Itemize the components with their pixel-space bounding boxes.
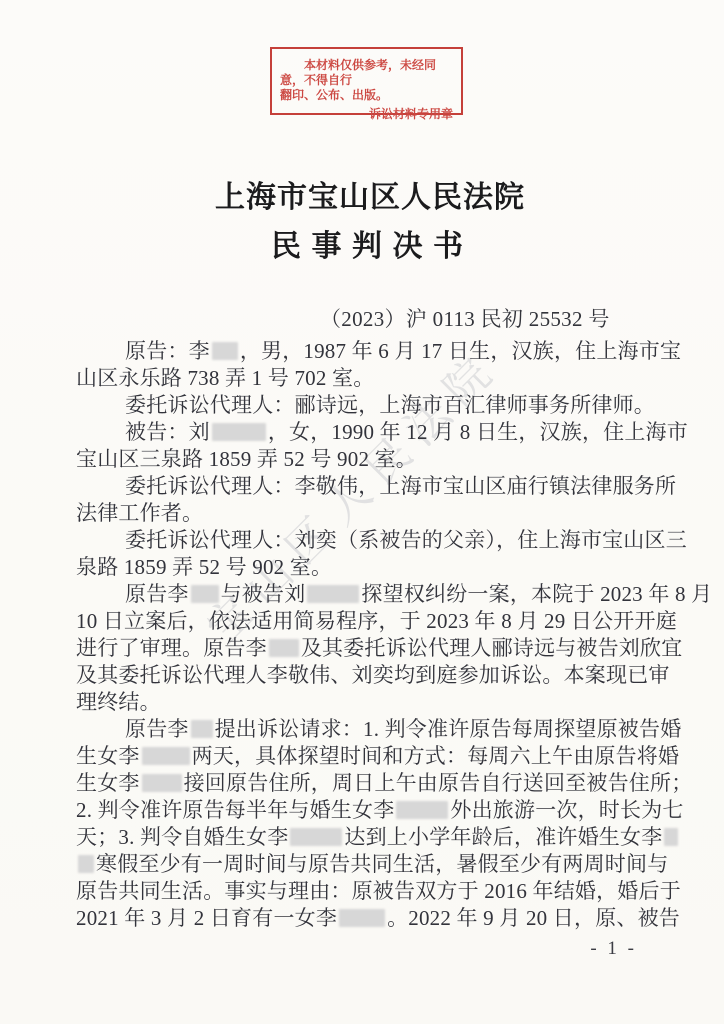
- text-segment: 山区永乐路 738 弄 1 号 702 室。: [76, 366, 374, 390]
- text-segment: 寒假至少有一周时间与原告共同生活，暑假至少有两周时间与: [96, 852, 668, 876]
- text-segment: 与被告刘: [221, 582, 306, 606]
- redacted-name: [290, 828, 342, 846]
- redacted-name: [307, 585, 359, 603]
- text-segment: 探望权纠纷一案，本院于 2023 年 8 月: [361, 582, 712, 606]
- document-line: 2021 年 3 月 2 日育有一女李。2022 年 9 月 20 日，原、被告: [76, 905, 632, 932]
- text-segment: 10 日立案后，依法适用简易程序，于 2023 年 8 月 29 日公开开庭: [76, 609, 677, 633]
- redacted-name: [212, 342, 238, 360]
- text-segment: 泉路 1859 弄 52 号 902 室。: [76, 555, 332, 579]
- document-line: 原告李提出诉讼请求：1. 判令准许原告每周探望原被告婚: [76, 716, 632, 743]
- text-segment: 委托诉讼代理人：郦诗远，上海市百汇律师事务所律师。: [125, 393, 655, 417]
- document-line: 委托诉讼代理人：李敬伟，上海市宝山区庙行镇法律服务所: [76, 473, 632, 500]
- document-line: 生女李两天，具体探望时间和方式：每周六上午由原告将婚: [76, 743, 632, 770]
- text-segment: 提出诉讼请求：1. 判令准许原告每周探望原被告婚: [215, 717, 682, 741]
- document-line: 委托诉讼代理人：郦诗远，上海市百汇律师事务所律师。: [76, 392, 632, 419]
- text-segment: 及其委托诉讼代理人李敬伟、刘奕均到庭参加诉讼。本案现已审: [76, 663, 670, 687]
- text-segment: 及其委托诉讼代理人郦诗远与被告刘欣宜: [301, 636, 683, 660]
- text-segment: 法律工作者。: [76, 501, 203, 525]
- judgment-page: 本材料仅供参考，未经同意，不得自行 翻印、公布、出版。 诉讼材料专用章 宝山区人…: [0, 0, 724, 1024]
- document-line: 宝山区三泉路 1859 弄 52 号 902 室。: [76, 446, 632, 473]
- stamp-line-3: 诉讼材料专用章: [280, 107, 453, 122]
- document-line: 生女李接回原告住所，周日上午由原告自行送回至被告住所；: [76, 770, 632, 797]
- text-segment: 接回原告住所，周日上午由原告自行送回至被告住所；: [184, 771, 693, 795]
- document-line: 寒假至少有一周时间与原告共同生活，暑假至少有两周时间与: [76, 851, 632, 878]
- stamp-line-1: 本材料仅供参考，未经同意，不得自行: [280, 58, 453, 88]
- text-segment: 原告共同生活。事实与理由：原被告双方于 2016 年结婚，婚后于: [76, 879, 681, 903]
- text-segment: 原告：李: [125, 339, 210, 363]
- document-line: 及其委托诉讼代理人李敬伟、刘奕均到庭参加诉讼。本案现已审: [76, 662, 632, 689]
- text-segment: 2. 判令准许原告每半年与婚生女李: [76, 798, 394, 822]
- document-type-title: 民 事 判 决 书: [0, 221, 724, 265]
- text-segment: 生女李: [76, 771, 140, 795]
- document-line: 理终结。: [76, 689, 632, 716]
- text-segment: 进行了审理。原告李: [76, 636, 267, 660]
- text-segment: 原告李: [125, 582, 189, 606]
- text-segment: 宝山区三泉路 1859 弄 52 号 902 室。: [76, 447, 417, 471]
- document-line: 法律工作者。: [76, 500, 632, 527]
- document-line: 原告：李，男，1987 年 6 月 17 日生，汉族，住上海市宝: [76, 338, 632, 365]
- document-line: 天；3. 判令自婚生女李达到上小学年龄后，准许婚生女李: [76, 824, 632, 851]
- confidentiality-stamp: 本材料仅供参考，未经同意，不得自行 翻印、公布、出版。 诉讼材料专用章: [270, 47, 463, 115]
- text-segment: 两天，具体探望时间和方式：每周六上午由原告将婚: [192, 744, 680, 768]
- document-line: 泉路 1859 弄 52 号 902 室。: [76, 554, 632, 581]
- document-line: 进行了审理。原告李及其委托诉讼代理人郦诗远与被告刘欣宜: [76, 635, 632, 662]
- redacted-name: [191, 720, 213, 738]
- court-name-title: 上海市宝山区人民法院: [0, 172, 724, 216]
- judgment-body-text: 原告：李，男，1987 年 6 月 17 日生，汉族，住上海市宝山区永乐路 73…: [76, 338, 632, 932]
- document-line: 山区永乐路 738 弄 1 号 702 室。: [76, 365, 632, 392]
- redacted-name: [142, 774, 182, 792]
- redacted-name: [664, 828, 678, 846]
- redacted-name: [396, 801, 448, 819]
- document-line: 10 日立案后，依法适用简易程序，于 2023 年 8 月 29 日公开开庭: [76, 608, 632, 635]
- redacted-name: [78, 855, 94, 873]
- text-segment: 委托诉讼代理人：李敬伟，上海市宝山区庙行镇法律服务所: [125, 474, 676, 498]
- document-line: 原告李与被告刘探望权纠纷一案，本院于 2023 年 8 月: [76, 581, 632, 608]
- page-number: - 1 -: [590, 938, 637, 960]
- document-line: 原告共同生活。事实与理由：原被告双方于 2016 年结婚，婚后于: [76, 878, 632, 905]
- text-segment: ，男，1987 年 6 月 17 日生，汉族，住上海市宝: [240, 339, 681, 363]
- text-segment: 。2022 年 9 月 20 日，原、被告: [387, 906, 680, 930]
- text-segment: 天；3. 判令自婚生女李: [76, 825, 288, 849]
- document-line: 委托诉讼代理人：刘奕（系被告的父亲），住上海市宝山区三: [76, 527, 632, 554]
- text-segment: 达到上小学年龄后，准许婚生女李: [344, 825, 662, 849]
- redacted-name: [269, 639, 299, 657]
- text-segment: 理终结。: [76, 690, 161, 714]
- document-line: 被告：刘，女，1990 年 12 月 8 日生，汉族，住上海市: [76, 419, 632, 446]
- document-line: 2. 判令准许原告每半年与婚生女李外出旅游一次，时长为七: [76, 797, 632, 824]
- redacted-name: [212, 423, 266, 441]
- redacted-name: [191, 585, 219, 603]
- text-segment: 委托诉讼代理人：刘奕（系被告的父亲），住上海市宝山区三: [125, 528, 687, 552]
- redacted-name: [142, 747, 190, 765]
- stamp-line-2: 翻印、公布、出版。: [280, 88, 453, 103]
- text-segment: 2021 年 3 月 2 日育有一女李: [76, 906, 337, 930]
- text-segment: 原告李: [125, 717, 189, 741]
- text-segment: ，女，1990 年 12 月 8 日生，汉族，住上海市: [268, 420, 688, 444]
- text-segment: 外出旅游一次，时长为七: [450, 798, 683, 822]
- text-segment: 生女李: [76, 744, 140, 768]
- text-segment: 被告：刘: [125, 420, 210, 444]
- redacted-name: [339, 909, 385, 927]
- case-number: （2023）沪 0113 民初 25532 号: [320, 303, 610, 333]
